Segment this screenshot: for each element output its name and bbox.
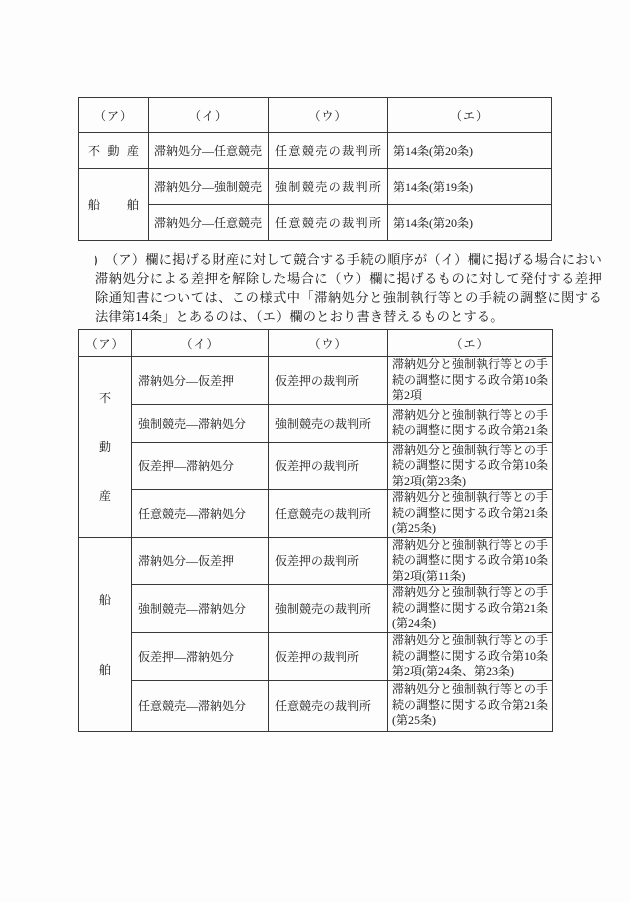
court-cell: 強制競売の裁判所 [269, 169, 388, 205]
table-row: 船舶 滞納処分—仮差押 仮差押の裁判所 滞納処分と強制執行等との手続の調整に関す… [79, 537, 553, 585]
law-reference: 滞納処分と強制執行等との手続の調整に関する政令第10条第2項(第23条) [392, 443, 552, 490]
header-cell-e: （エ） [388, 330, 553, 357]
procedure-cell: 仮差押—滞納処分 [132, 442, 269, 490]
court-cell: 強制競売の裁判所 [269, 404, 388, 442]
table-header-row: （ア） （イ） （ウ） （エ） [79, 98, 552, 133]
table-row: 強制競売—滞納処分 強制競売の裁判所 滞納処分と強制執行等との手続の調整に関する… [79, 404, 553, 442]
procedure-cell: 滞納処分—強制競売 [149, 169, 269, 205]
asset-cell: 不動産 [79, 133, 149, 169]
table-row: 船舶 滞納処分—強制競売 強制競売の裁判所 第14条(第19条) [79, 169, 552, 205]
court-cell: 仮差押の裁判所 [269, 357, 388, 405]
asset-cell: 船舶 [79, 169, 149, 241]
procedure-cell: 滞納処分—任意競売 [149, 133, 269, 169]
law-reference: 滞納処分と強制執行等との手続の調整に関する政令第21条(第24条) [392, 585, 552, 632]
instruction-paragraph: (2)（ア）欄に掲げる財産に対して競合する手続の順序が（イ）欄に掲げる場合におい… [95, 250, 602, 326]
header-cell-u: （ウ） [269, 98, 388, 133]
law-cell: 滞納処分と強制執行等との手続の調整に関する政令第10条第2項(第11条) [388, 537, 553, 585]
table-row: 任意競売—滞納処分 任意競売の裁判所 滞納処分と強制執行等との手続の調整に関する… [79, 490, 553, 538]
procedure-cell: 任意競売—滞納処分 [132, 490, 269, 538]
paragraph-line: 滞納処分による差押を解除した場合に（ウ）欄に掲げるものに対して発付する差押解 [95, 269, 602, 288]
law-cell: 滞納処分と強制執行等との手続の調整に関する政令第10条第2項(第24条、第23条… [388, 633, 553, 681]
table-row: 任意競売—滞納処分 任意競売の裁判所 滞納処分と強制執行等との手続の調整に関する… [79, 680, 553, 731]
header-cell-u: （ウ） [269, 330, 388, 357]
paragraph-text: （ア）欄に掲げる財産に対して競合する手続の順序が（イ）欄に掲げる場合において、 [105, 252, 602, 269]
table-row: 強制競売—滞納処分 強制競売の裁判所 滞納処分と強制執行等との手続の調整に関する… [79, 585, 553, 633]
procedure-priority-table: （ア） （イ） （ウ） （エ） 不動産 滞納処分—任意競売 任意競売の裁判所 第… [78, 97, 552, 241]
court-cell: 仮差押の裁判所 [269, 537, 388, 585]
table-row: 滞納処分—任意競売 任意競売の裁判所 第14条(第20条) [79, 205, 552, 241]
law-cell: 滞納処分と強制執行等との手続の調整に関する政令第21条(第25条) [388, 490, 553, 538]
paragraph-line: 除通知書については、この様式中「滞納処分と強制執行等との手続の調整に関する [95, 288, 602, 307]
procedure-cell: 仮差押—滞納処分 [132, 633, 269, 681]
court-cell: 仮差押の裁判所 [269, 442, 388, 490]
asset-group-cell: 不動産 [79, 357, 132, 538]
table-header-row: （ア） （イ） （ウ） （エ） [79, 330, 553, 357]
law-reference: 滞納処分と強制執行等との手続の調整に関する政令第10条第2項(第24条、第23条… [392, 633, 552, 680]
procedure-cell: 強制競売—滞納処分 [132, 585, 269, 633]
court-label: 強制競売の裁判所 [269, 178, 387, 195]
document-page: （ア） （イ） （ウ） （エ） 不動産 滞納処分—任意競売 任意競売の裁判所 第… [0, 0, 630, 903]
law-cell: 滞納処分と強制執行等との手続の調整に関する政令第21条(第24条) [388, 585, 553, 633]
law-reference: 滞納処分と強制執行等との手続の調整に関する政令第10条第2項(第11条) [392, 538, 552, 585]
law-cell: 滞納処分と強制執行等との手続の調整に関する政令第21条 [388, 404, 553, 442]
law-cell: 滞納処分と強制執行等との手続の調整に関する政令第10条第2項 [388, 357, 553, 405]
table-row: 仮差押—滞納処分 仮差押の裁判所 滞納処分と強制執行等との手続の調整に関する政令… [79, 442, 553, 490]
court-cell: 強制競売の裁判所 [269, 585, 388, 633]
procedure-cell: 滞納処分—任意競売 [149, 205, 269, 241]
table-row: 不動産 滞納処分—任意競売 任意競売の裁判所 第14条(第20条) [79, 133, 552, 169]
court-cell: 任意競売の裁判所 [269, 133, 388, 169]
law-reference: 滞納処分と強制執行等との手続の調整に関する政令第10条第2項 [392, 357, 552, 404]
court-label: 任意競売の裁判所 [269, 142, 387, 159]
header-cell-i: （イ） [149, 98, 269, 133]
asset-label: 不動産 [79, 142, 148, 159]
court-cell: 任意競売の裁判所 [269, 205, 388, 241]
header-cell-a: （ア） [79, 330, 132, 357]
asset-label: 不動産 [79, 357, 131, 537]
law-cell: 第14条(第20条) [388, 205, 552, 241]
procedure-cell: 滞納処分—仮差押 [132, 357, 269, 405]
asset-label: 船舶 [79, 196, 148, 213]
law-cell: 滞納処分と強制執行等との手続の調整に関する政令第21条(第25条) [388, 680, 553, 731]
seizure-release-notice-table: （ア） （イ） （ウ） （エ） 不動産 滞納処分—仮差押 仮差押の裁判所 滞納処… [78, 329, 553, 732]
procedure-cell: 滞納処分—仮差押 [132, 537, 269, 585]
header-cell-e: （エ） [388, 98, 552, 133]
asset-label: 船舶 [79, 538, 131, 731]
header-cell-a: （ア） [79, 98, 149, 133]
law-reference: 滞納処分と強制執行等との手続の調整に関する政令第21条(第25条) [392, 682, 552, 729]
procedure-cell: 強制競売—滞納処分 [132, 404, 269, 442]
law-cell: 第14条(第19条) [388, 169, 552, 205]
procedure-cell: 任意競売—滞納処分 [132, 680, 269, 731]
paragraph-line: (2)（ア）欄に掲げる財産に対して競合する手続の順序が（イ）欄に掲げる場合におい… [95, 250, 602, 269]
paragraph-line: 法律第14条」とあるのは、（エ）欄のとおり書き替えるものとする。 [95, 307, 602, 326]
asset-group-cell: 船舶 [79, 537, 132, 731]
court-cell: 任意競売の裁判所 [269, 680, 388, 731]
table-row: 不動産 滞納処分—仮差押 仮差押の裁判所 滞納処分と強制執行等との手続の調整に関… [79, 357, 553, 405]
header-cell-i: （イ） [132, 330, 269, 357]
law-cell: 滞納処分と強制執行等との手続の調整に関する政令第10条第2項(第23条) [388, 442, 553, 490]
court-cell: 任意競売の裁判所 [269, 490, 388, 538]
law-reference: 滞納処分と強制執行等との手続の調整に関する政令第21条 [392, 408, 552, 439]
item-number: (2) [95, 250, 97, 269]
table-row: 仮差押—滞納処分 仮差押の裁判所 滞納処分と強制執行等との手続の調整に関する政令… [79, 633, 553, 681]
law-reference: 滞納処分と強制執行等との手続の調整に関する政令第21条(第25条) [392, 490, 552, 537]
law-cell: 第14条(第20条) [388, 133, 552, 169]
court-cell: 仮差押の裁判所 [269, 633, 388, 681]
court-label: 任意競売の裁判所 [269, 214, 387, 231]
